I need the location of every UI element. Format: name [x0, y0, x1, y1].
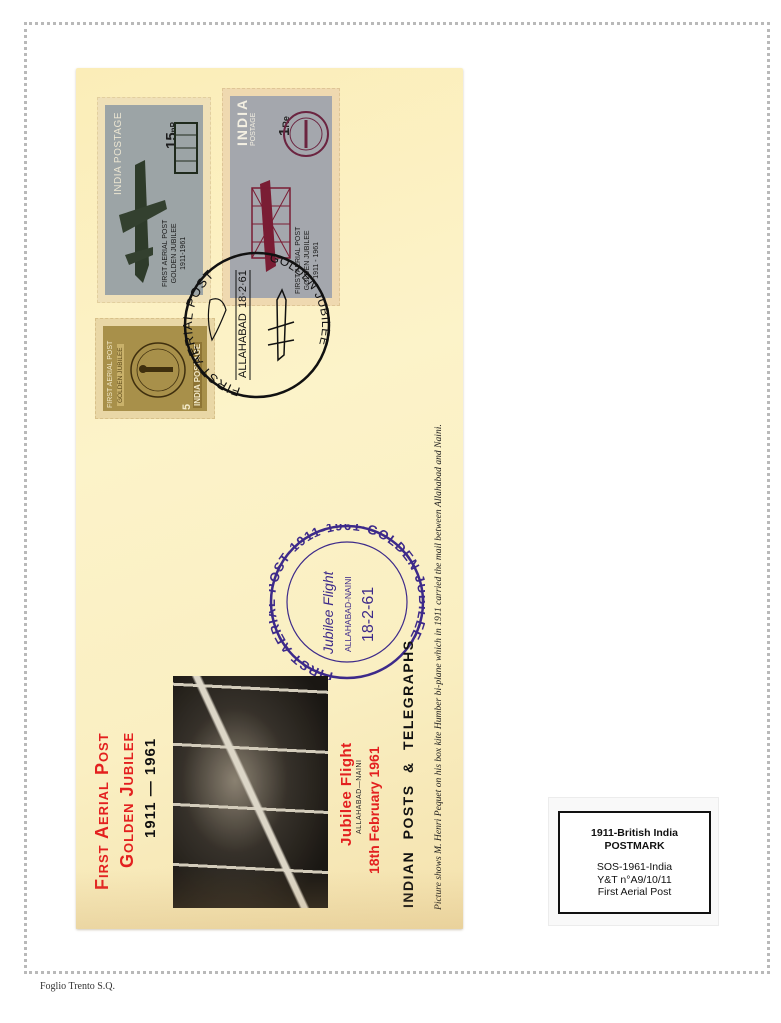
svg-text:18·2·61: 18·2·61 [237, 270, 249, 308]
svg-text:FIRST AERIAL POST: FIRST AERIAL POST [182, 267, 242, 400]
cachet-title-line1: First Aerial Post [92, 732, 113, 890]
svg-text:18-2-61: 18-2-61 [360, 587, 377, 642]
label-yt-number: Y&T n°A9/10/11 [560, 874, 709, 887]
cachet-route: ALLAHABAD—NAINI [356, 760, 363, 834]
cachet-caption: Picture shows M. Henri Pequet on his box… [433, 424, 444, 910]
album-label: 1911-British India POSTMARK SOS-1961-Ind… [558, 811, 711, 914]
postmark-allahabad: FIRST AERIAL POST GOLDEN JUBILEE ALLAHAB… [182, 250, 332, 400]
first-day-cover-envelope: INDIA POSTAGE 15nP FIRST AERIAL POST GOL… [76, 68, 463, 929]
svg-text:ALLAHABAD-NAINI: ALLAHABAD-NAINI [343, 576, 353, 652]
cachet-issuer: INDIAN POSTS & TELEGRAPHS [400, 639, 416, 908]
label-title: 1911-British India [560, 827, 709, 840]
cachet-years: 1911 — 1961 [142, 738, 159, 838]
cachet-title-line2: Golden Jubilee [117, 732, 138, 868]
label-subtitle: POSTMARK [560, 840, 709, 853]
label-catalog: SOS-1961-India [560, 861, 709, 874]
svg-text:ALLAHABAD: ALLAHABAD [237, 313, 249, 378]
label-description: First Aerial Post [560, 886, 709, 899]
cachet-flight-title: Jubilee Flight [338, 742, 355, 846]
cachet-date: 18th February 1961 [366, 746, 382, 874]
stamp-value: 5 [181, 404, 193, 410]
svg-text:Jubilee Flight: Jubilee Flight [320, 570, 336, 655]
photo-henri-pequet-biplane [173, 676, 328, 908]
page-footer: Foglio Trento S.Q. [40, 981, 115, 992]
album-label-card: 1911-British India POSTMARK SOS-1961-Ind… [548, 797, 719, 926]
